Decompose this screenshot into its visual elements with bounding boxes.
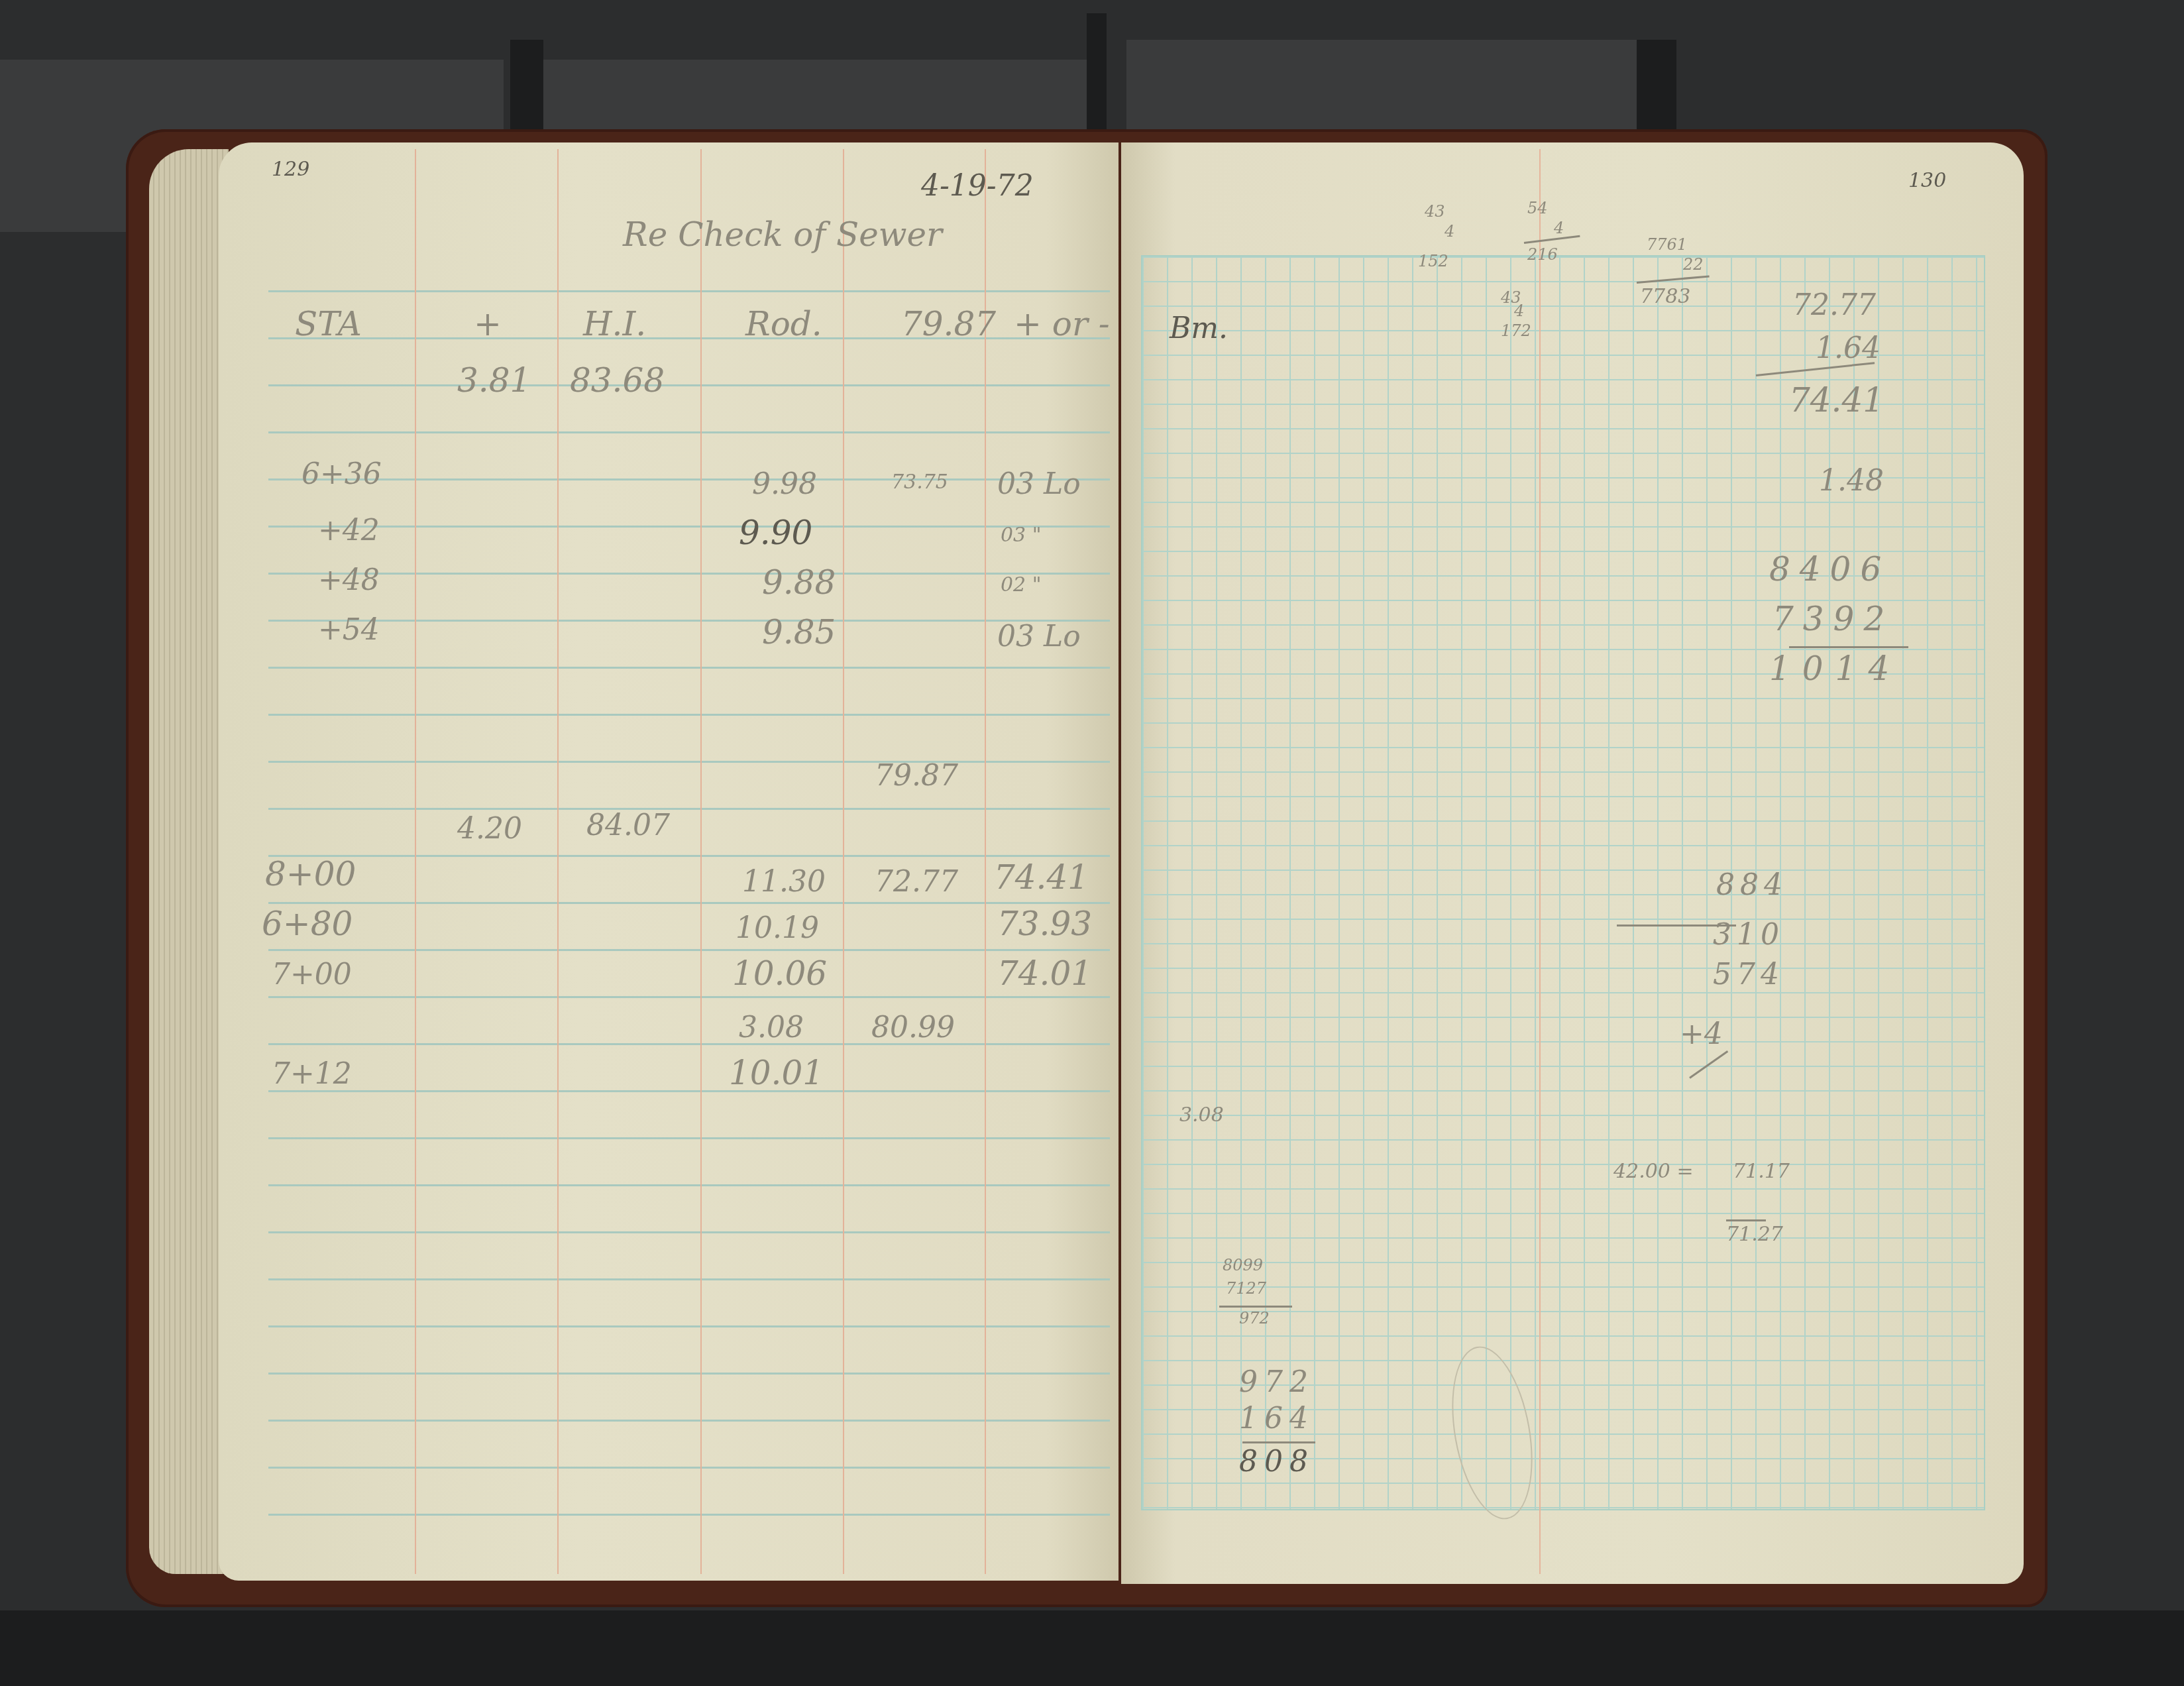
- cell-elev: 80.99: [871, 1011, 955, 1044]
- cell-rod: 10.19: [736, 911, 819, 945]
- cell-sta: 6+80: [262, 905, 353, 943]
- right-page-number: 130: [1908, 169, 1946, 192]
- cell-hi: 83.68: [570, 361, 665, 400]
- sum-line: [1726, 1219, 1766, 1221]
- column-header-bm-elev: 79.87: [901, 305, 996, 343]
- sum-line: [1219, 1306, 1292, 1308]
- cell-sta: 8+00: [265, 855, 356, 893]
- column-line-5: [985, 149, 986, 1574]
- column-header-plus-minus: + or -: [1014, 305, 1110, 343]
- cell-sta: +42: [318, 514, 380, 547]
- cell-hi: 84.07: [586, 809, 670, 842]
- cell-diff: 73.93: [997, 905, 1092, 943]
- background-panel-right: [1126, 40, 1650, 133]
- column-header-rod: Rod.: [745, 305, 822, 343]
- cell-rod: 10.01: [729, 1054, 824, 1092]
- cell-rod: 9.98: [752, 467, 817, 501]
- cell-diff: 74.01: [997, 954, 1092, 993]
- cell-diff: 02 ": [1001, 573, 1042, 596]
- cell-rod: 9.90: [739, 514, 812, 552]
- cell-plus: 3.81: [457, 361, 531, 400]
- left-page-number: 129: [272, 158, 309, 181]
- cell-diff: 74.41: [994, 858, 1089, 897]
- cell-elev: 79.87: [875, 759, 958, 793]
- column-line-4: [843, 149, 844, 1574]
- column-header-hi: H.I.: [583, 305, 646, 343]
- cell-sta: +48: [318, 563, 380, 597]
- cell-rod: 9.85: [762, 613, 836, 651]
- cell-elev: 73.75: [891, 471, 948, 494]
- cell-rod: 9.88: [762, 563, 836, 602]
- cell-sta: 7+12: [272, 1057, 352, 1091]
- cell-diff: 03 ": [1001, 524, 1042, 547]
- column-line-1: [415, 149, 416, 1574]
- column-line-3: [700, 149, 702, 1574]
- sum-line: [1242, 1441, 1315, 1443]
- column-header-plus: +: [474, 305, 502, 343]
- left-page-rules: [268, 245, 1110, 1544]
- cell-sta: +54: [318, 613, 380, 647]
- sum-line: [1789, 646, 1908, 648]
- scratch-calc-mid-3: +4: [1680, 1017, 1723, 1051]
- cell-plus: 4.20: [457, 812, 522, 846]
- column-header-sta: STA: [295, 305, 362, 343]
- background-bracket-left: [510, 40, 543, 139]
- background-gutter-post: [1087, 13, 1107, 146]
- background-bottom: [0, 1610, 2184, 1686]
- page-title: Re Check of Sewer: [623, 215, 942, 254]
- column-header-bm: Bm.: [1170, 311, 1228, 345]
- scratch-calc-low-1: 3.08: [1179, 1103, 1224, 1127]
- right-page-center-line: [1539, 149, 1541, 1574]
- column-line-2: [557, 149, 559, 1574]
- cell-diff: 03 Lo: [997, 620, 1081, 653]
- cell-rod: 3.08: [739, 1011, 804, 1044]
- cell-sta: 7+00: [272, 958, 352, 991]
- cell-diff: 03 Lo: [997, 467, 1081, 501]
- cell-sta: 6+36: [301, 457, 382, 491]
- page-date: 4-19-72: [921, 169, 1034, 203]
- page-edges: [149, 149, 229, 1574]
- cell-rod: 10.06: [732, 954, 827, 993]
- cell-rod: 11.30: [742, 865, 826, 899]
- cell-elev: 72.77: [875, 865, 958, 899]
